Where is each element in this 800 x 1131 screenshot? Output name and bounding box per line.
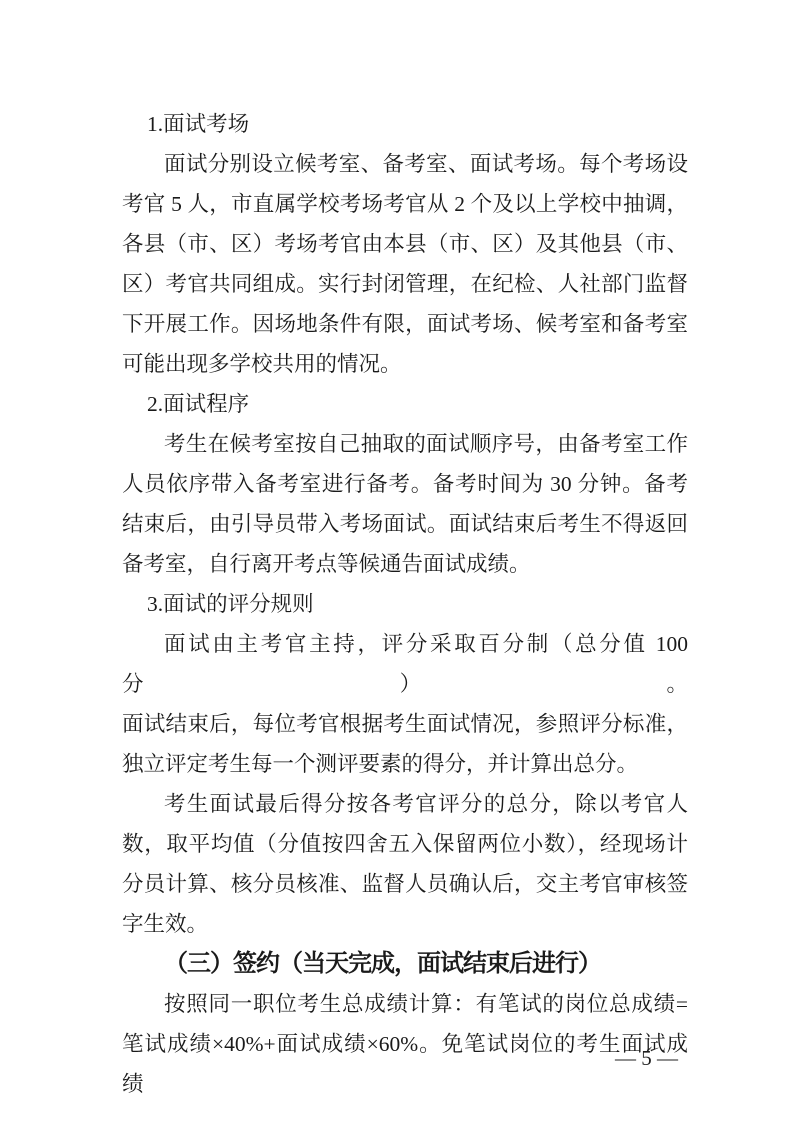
paragraph-total-score-formula: 按照同一职位考生总成绩计算：有笔试的岗位总成绩= 笔试成绩×40%+面试成绩×6… — [122, 984, 688, 1104]
text-line: 考生在候考室按自己抽取的面试顺序号，由备考室工作 — [122, 424, 688, 464]
document-text-block: 1.面试考场 面试分别设立候考室、备考室、面试考场。每个考场设 考官 5 人，市… — [122, 104, 688, 1104]
text-line: 按照同一职位考生总成绩计算：有笔试的岗位总成绩= — [122, 984, 688, 1024]
text-line: 各县（市、区）考场考官由本县（市、区）及其他县（市、 — [122, 224, 688, 264]
text-line: 考生面试最后得分按各考官评分的总分，除以考官人 — [122, 784, 688, 824]
numbered-heading-2: 2.面试程序 — [122, 384, 688, 424]
text-line: 笔试成绩×40%+面试成绩×60%。免笔试岗位的考生面试成绩 — [122, 1024, 688, 1104]
text-line: 3.面试的评分规则 — [122, 584, 688, 624]
paragraph-scoring-method: 面试由主考官主持，评分采取百分制（总分值 100 分）。 面试结束后，每位考官根… — [122, 624, 688, 784]
text-line: （三）签约（当天完成，面试结束后进行） — [122, 944, 688, 984]
text-line: 面试结束后，每位考官根据考生面试情况，参照评分标准， — [122, 704, 688, 744]
text-line: 分员计算、核分员核准、监督人员确认后，交主考官审核签 — [122, 864, 688, 904]
paragraph-final-score: 考生面试最后得分按各考官评分的总分，除以考官人 数，取平均值（分值按四舍五入保留… — [122, 784, 688, 944]
numbered-heading-3: 3.面试的评分规则 — [122, 584, 688, 624]
text-line: 区）考官共同组成。实行封闭管理，在纪检、人社部门监督 — [122, 264, 688, 304]
text-line: 备考室，自行离开考点等候通告面试成绩。 — [122, 544, 688, 584]
text-line: 1.面试考场 — [122, 104, 688, 144]
text-line: 可能出现多学校共用的情况。 — [122, 344, 688, 384]
document-page: 1.面试考场 面试分别设立候考室、备考室、面试考场。每个考场设 考官 5 人，市… — [0, 0, 800, 1131]
text-line: 人员依序带入备考室进行备考。备考时间为 30 分钟。备考 — [122, 464, 688, 504]
text-line: 面试分别设立候考室、备考室、面试考场。每个考场设 — [122, 144, 688, 184]
text-line: 数，取平均值（分值按四舍五入保留两位小数），经现场计 — [122, 824, 688, 864]
text-line: 下开展工作。因场地条件有限，面试考场、候考室和备考室 — [122, 304, 688, 344]
text-line: 考官 5 人，市直属学校考场考官从 2 个及以上学校中抽调， — [122, 184, 688, 224]
bold-heading-signing: （三）签约（当天完成，面试结束后进行） — [122, 944, 688, 984]
text-line: 字生效。 — [122, 904, 688, 944]
text-line: 面试由主考官主持，评分采取百分制（总分值 100 分）。 — [122, 624, 688, 704]
text-line: 2.面试程序 — [122, 384, 688, 424]
text-line: 独立评定考生每一个测评要素的得分，并计算出总分。 — [122, 744, 688, 784]
numbered-heading-1: 1.面试考场 — [122, 104, 688, 144]
paragraph-venue-setup: 面试分别设立候考室、备考室、面试考场。每个考场设 考官 5 人，市直属学校考场考… — [122, 144, 688, 384]
page-number: — 5 — — [615, 1046, 678, 1070]
paragraph-interview-procedure: 考生在候考室按自己抽取的面试顺序号，由备考室工作 人员依序带入备考室进行备考。备… — [122, 424, 688, 584]
text-line: 结束后，由引导员带入考场面试。面试结束后考生不得返回 — [122, 504, 688, 544]
